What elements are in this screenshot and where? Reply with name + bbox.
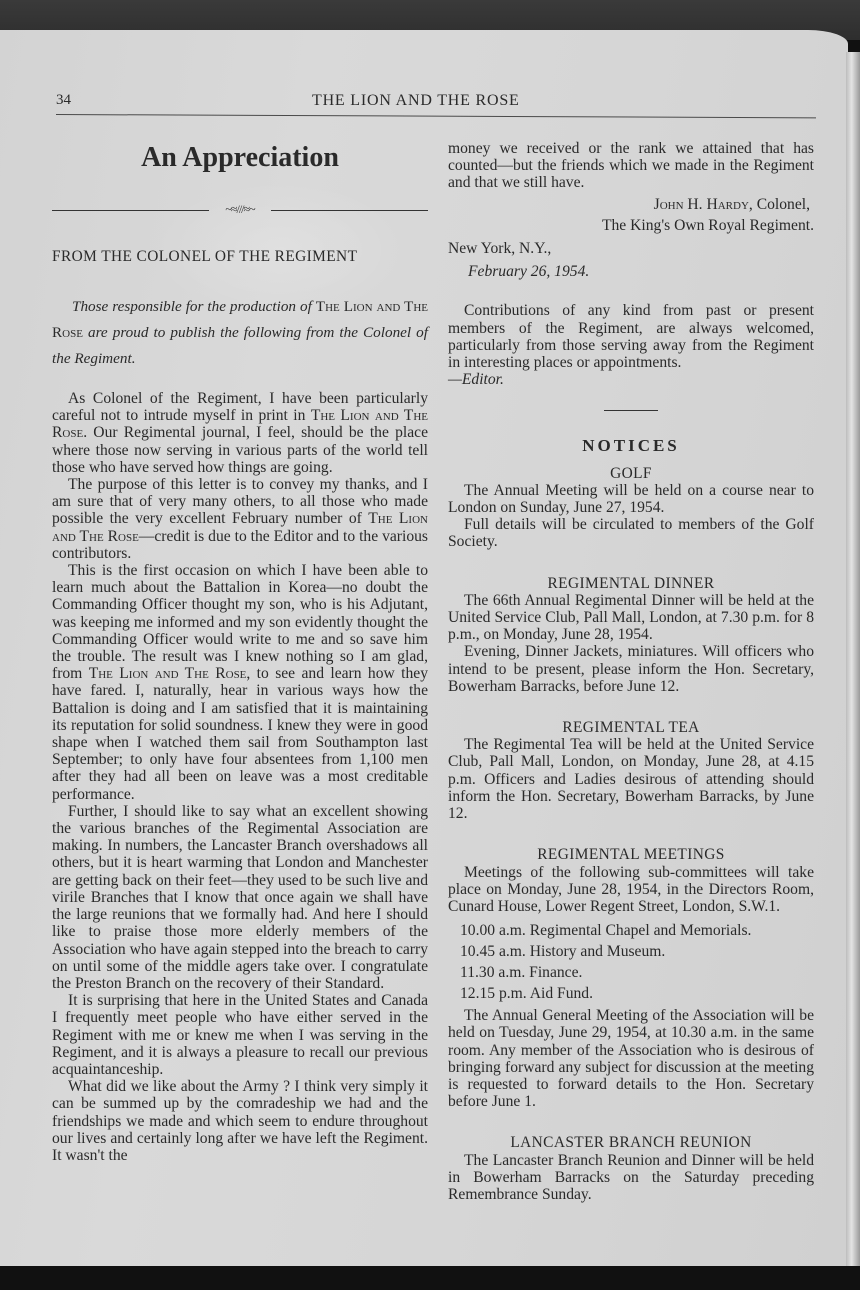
notice-paragraph: Meetings of the following sub-committees… (448, 864, 814, 916)
signatory: John H. Hardy (654, 196, 749, 213)
signatory-rank: , Colonel, (749, 196, 810, 213)
meeting-schedule: 10.00 a.m. Regimental Chapel and Memoria… (448, 920, 814, 1004)
journal-name: The Lion and The Rose (89, 665, 247, 682)
schedule-item: 10.45 a.m. History and Museum. (460, 941, 814, 962)
book-spine (846, 52, 860, 1266)
letter-paragraph: The purpose of this letter is to convey … (52, 476, 428, 562)
journal-title: THE LION AND THE ROSE (312, 92, 520, 110)
page-number: 34 (56, 92, 71, 109)
notices-title: NOTICES (448, 437, 814, 454)
divider-rule-right (271, 210, 428, 211)
notice-heading-lancaster: LANCASTER BRANCH REUNION (448, 1134, 814, 1151)
notice-paragraph: The Annual General Meeting of the Associ… (448, 1007, 814, 1110)
intro-text: are proud to publish the following from … (52, 324, 428, 367)
notice-paragraph: Evening, Dinner Jackets, miniatures. Wil… (448, 643, 814, 695)
schedule-item: 11.30 a.m. Finance. (460, 962, 814, 983)
paragraph-text: What did we like about the Army ? I thin… (52, 1078, 428, 1164)
flourish-icon: ~≈///≈~ (209, 201, 271, 218)
intro-text: Those responsible for the production of (72, 298, 316, 315)
section-divider (604, 410, 658, 411)
running-head: 34 THE LION AND THE ROSE (56, 92, 826, 116)
ornament-divider: ~≈///≈~ (52, 202, 428, 218)
editor-note: Contributions of any kind from past or p… (448, 302, 814, 371)
notice-paragraph: The 66th Annual Regimental Dinner will b… (448, 592, 814, 644)
notice-heading-dinner: REGIMENTAL DINNER (448, 575, 814, 592)
paragraph-text: , to see and learn how they have fared. … (52, 665, 428, 802)
letter-paragraph: It is surprising that here in the United… (52, 992, 428, 1078)
notice-heading-golf: GOLF (448, 465, 814, 482)
signature-name: John H. Hardy, Colonel, (448, 196, 814, 213)
letter-paragraph: As Colonel of the Regiment, I have been … (52, 390, 428, 476)
editor-signoff: —Editor. (448, 371, 814, 388)
signature-unit: The King's Own Royal Regiment. (448, 217, 814, 234)
paragraph-text: Further, I should like to say what an ex… (52, 803, 428, 992)
letter-place: New York, N.Y., (448, 240, 814, 257)
letter-continuation: money we received or the rank we attaine… (448, 140, 814, 192)
notice-paragraph: Full details will be circulated to membe… (448, 516, 814, 550)
paragraph-text: This is the first occasion on which I ha… (52, 562, 428, 682)
paragraph-text: . Our Regimental journal, I feel, should… (52, 424, 428, 475)
paragraph-text: It is surprising that here in the United… (52, 992, 428, 1078)
letter-body: As Colonel of the Regiment, I have been … (52, 390, 428, 1164)
article-kicker: FROM THE COLONEL OF THE REGIMENT (52, 248, 428, 266)
notice-heading-meetings: REGIMENTAL MEETINGS (448, 846, 814, 863)
letter-date: February 26, 1954. (448, 263, 814, 280)
left-column: An Appreciation ~≈///≈~ FROM THE COLONEL… (52, 140, 428, 1164)
divider-rule-left (52, 210, 209, 211)
notice-heading-tea: REGIMENTAL TEA (448, 719, 814, 736)
notice-paragraph: The Annual Meeting will be held on a cou… (448, 482, 814, 516)
letter-paragraph: This is the first occasion on which I ha… (52, 562, 428, 803)
editor-note-text: Contributions of any kind from past or p… (448, 302, 814, 371)
letter-paragraph: Further, I should like to say what an ex… (52, 803, 428, 992)
notice-paragraph: The Regimental Tea will be held at the U… (448, 736, 814, 822)
letter-paragraph: What did we like about the Army ? I thin… (52, 1078, 428, 1164)
right-column: money we received or the rank we attaine… (448, 140, 814, 1203)
editorial-intro: Those responsible for the production of … (52, 294, 428, 372)
article-title: An Appreciation (52, 140, 428, 180)
schedule-item: 12.15 p.m. Aid Fund. (460, 983, 814, 1004)
notice-paragraph: The Lancaster Branch Reunion and Dinner … (448, 1152, 814, 1204)
schedule-item: 10.00 a.m. Regimental Chapel and Memoria… (460, 920, 814, 941)
